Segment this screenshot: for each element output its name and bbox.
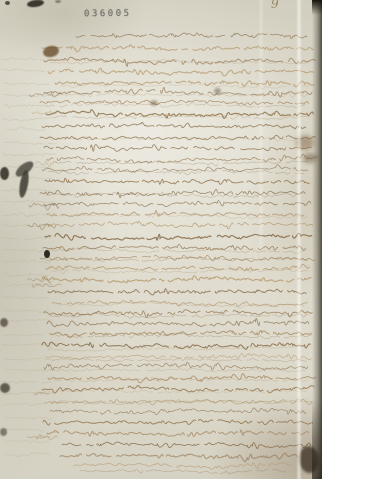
folio-number: 9 [271,0,279,11]
manuscript-scan: 036005 9 [0,0,370,479]
manuscript-page: 036005 9 [0,0,322,479]
vertical-crease-2 [258,0,264,250]
vertical-crease [296,0,302,479]
paper-right-edge [312,0,322,479]
handwritten-text-block [0,0,322,479]
archive-stamp-number: 036005 [84,9,132,19]
